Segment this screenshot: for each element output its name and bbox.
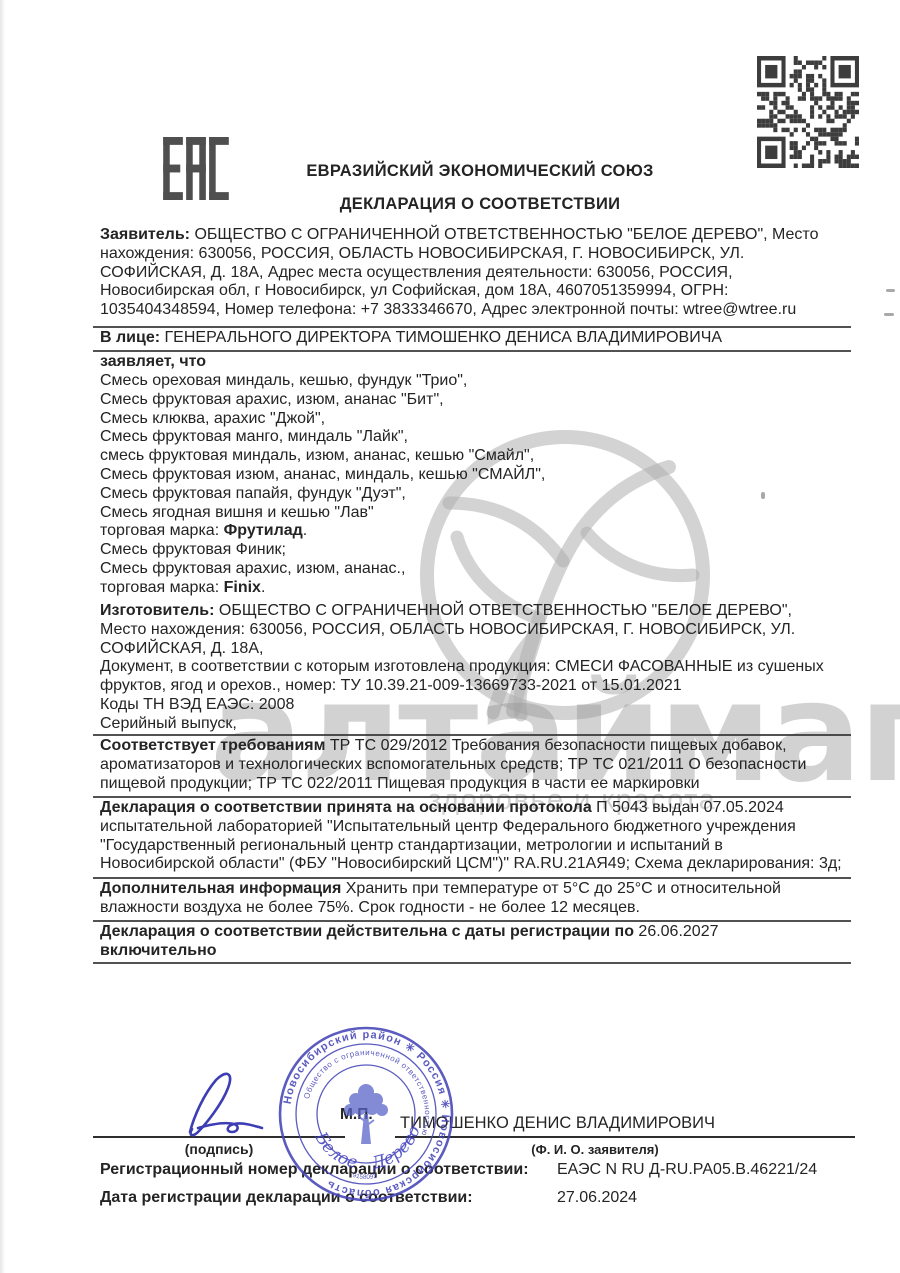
reg-number-value: ЕАЭС N RU Д-RU.РА05.В.46221/24 (557, 1161, 817, 1179)
declares-section: заявляет, что (100, 353, 870, 372)
text-line: Смесь фруктовая манго, миндаль "Лайк", (100, 428, 870, 447)
svg-text:9158093: 9158093 (352, 1172, 378, 1181)
text-line: Изготовитель: ОБЩЕСТВО С ОГРАНИЧЕННОЙ ОТ… (100, 602, 870, 621)
text-line: торговая марка: Finix. (100, 579, 870, 598)
text-line: заявляет, что (100, 353, 870, 372)
text-line: Смесь ягодная вишня и кешью "Лав" (100, 504, 870, 523)
basis-section: Декларация о соответствии принята на осн… (100, 799, 870, 874)
applicant-section: Заявитель: ОБЩЕСТВО С ОГРАНИЧЕННОЙ ОТВЕТ… (100, 226, 870, 320)
divider (93, 877, 851, 879)
text-line: фруктов, ягод и орехов., номер: ТУ 10.39… (100, 677, 870, 696)
text-line: СОФИЙСКАЯ, Д. 18А, Адрес места осуществл… (100, 264, 870, 283)
divider (93, 350, 851, 352)
stamp-company-word1: Белое (310, 1128, 360, 1173)
manufacturer-section: Изготовитель: ОБЩЕСТВО С ОГРАНИЧЕННОЙ ОТ… (100, 602, 870, 734)
scan-speck (886, 289, 895, 292)
text-line: СОФИЙСКАЯ, Д. 18А, (100, 640, 870, 659)
text-line: Декларация о соответствии действительна … (100, 923, 870, 942)
name-line (395, 1136, 855, 1138)
document-title: ДЕКЛАРАЦИЯ О СООТВЕТСТВИИ (120, 195, 840, 214)
text-line: Серийный выпуск, (100, 715, 870, 734)
text-line: Смесь фруктовая арахис, изюм, ананас., (100, 560, 870, 579)
text-line: Смесь фруктовая папайя, фундук "Дуэт", (100, 485, 870, 504)
text-line: Смесь ореховая миндаль, кешью, фундук "Т… (100, 372, 870, 391)
text-line: включительно (100, 942, 870, 961)
text-line: испытательной лабораторией "Испытательны… (100, 818, 870, 837)
stamp-digits: 9158093 (352, 1172, 378, 1181)
divider (93, 962, 851, 964)
declaration-document: алтаймаг здоровье и красота ЕВРАЗИЙСКИЙ … (0, 0, 900, 1273)
text-line: Декларация о соответствии принята на осн… (100, 799, 870, 818)
text-line: Смесь фруктовая арахис, изюм, ананас "Би… (100, 391, 870, 410)
additional-info-section: Дополнительная информация Хранить при те… (100, 880, 870, 918)
stamp-company-word2: Дерево (369, 1123, 425, 1174)
qr-code (757, 56, 859, 168)
text-line: Новосибирской области" (ФБУ "Новосибирск… (100, 855, 870, 874)
union-title: ЕВРАЗИЙСКИЙ ЭКОНОМИЧЕСКИЙ СОЮЗ (120, 162, 840, 181)
text-line: Коды ТН ВЭД ЕАЭС: 2008 (100, 696, 870, 715)
svg-text:Белое: Белое (310, 1128, 360, 1173)
text-line: пищевой продукции; ТР ТС 022/2011 Пищева… (100, 775, 870, 794)
name-caption: (Ф. И. О. заявителя) (460, 1142, 730, 1157)
scan-edge-shadow (0, 0, 5, 1273)
divider (93, 920, 851, 922)
text-line: Документ, в соответствии с которым изгот… (100, 658, 870, 677)
text-line: ароматизаторов и технологических вспомог… (100, 756, 870, 775)
text-line: влажности воздуха не более 75%. Срок год… (100, 899, 870, 918)
text-line: смесь фруктовая миндаль, изюм, ананас, к… (100, 447, 870, 466)
text-line: Дополнительная информация Хранить при те… (100, 880, 870, 899)
text-line: Смесь клюква, арахис "Джой", (100, 410, 870, 429)
text-line: Место нахождения: 630056, РОССИЯ, ОБЛАСТ… (100, 621, 870, 640)
text-line: В лице: ГЕНЕРАЛЬНОГО ДИРЕКТОРА ТИМОШЕНКО… (100, 329, 870, 348)
text-line: Смесь фруктовая Финик; (100, 541, 870, 560)
requirements-section: Соответствует требованиям ТР ТС 029/2012… (100, 737, 870, 793)
text-line: торговая марка: Фрутилад. (100, 522, 870, 541)
svg-text:Дерево: Дерево (369, 1123, 425, 1174)
divider (93, 326, 851, 328)
company-stamp: Новосибирский район ✳ Россия ✳ Новосибир… (276, 1024, 456, 1204)
text-line: "Государственный региональный центр стан… (100, 837, 870, 856)
scan-speck (884, 313, 894, 316)
person-section: В лице: ГЕНЕРАЛЬНОГО ДИРЕКТОРА ТИМОШЕНКО… (100, 329, 870, 348)
reg-date-value: 27.06.2024 (557, 1189, 637, 1207)
scan-speck (761, 492, 765, 499)
text-line: Новосибирская обл, г Новосибирск, ул Соф… (100, 282, 870, 301)
divider (93, 734, 851, 736)
text-line: нахождения: 630056, РОССИЯ, ОБЛАСТЬ НОВО… (100, 245, 870, 264)
text-line: Смесь фруктовая изюм, ананас, миндаль, к… (100, 466, 870, 485)
products-section: Смесь ореховая миндаль, кешью, фундук "Т… (100, 372, 870, 598)
text-line: Заявитель: ОБЩЕСТВО С ОГРАНИЧЕННОЙ ОТВЕТ… (100, 226, 870, 245)
stamp-tree-icon (344, 1084, 388, 1144)
text-line: 1035404348594, Номер телефона: +7 383334… (100, 301, 870, 320)
validity-section: Декларация о соответствии действительна … (100, 923, 870, 961)
divider (93, 796, 851, 798)
text-line: Соответствует требованиям ТР ТС 029/2012… (100, 737, 870, 756)
